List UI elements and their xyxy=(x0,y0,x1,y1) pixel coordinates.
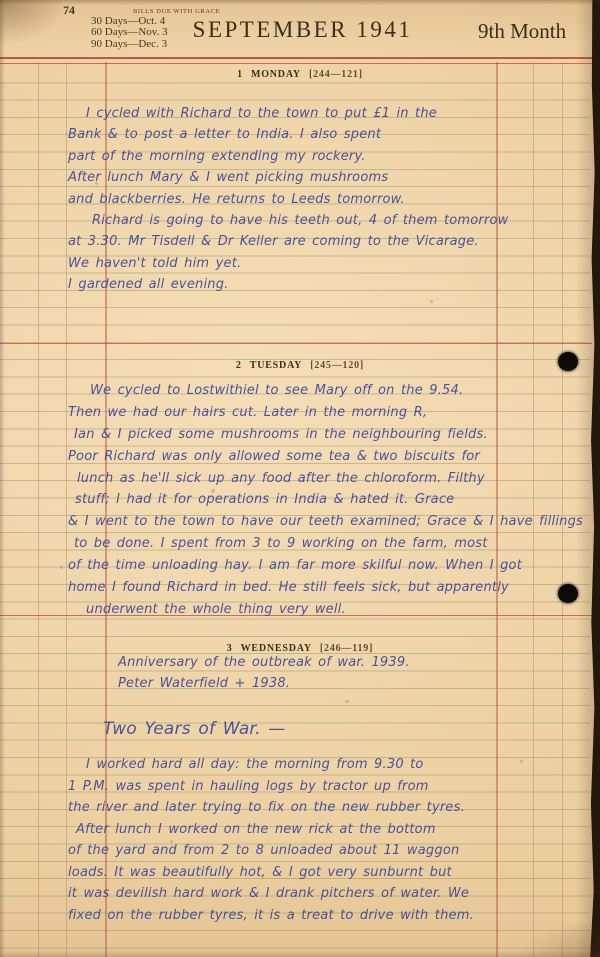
handwriting-line: of the time unloading hay. I am far more… xyxy=(68,558,583,580)
handwriting-line: Poor Richard was only allowed some tea &… xyxy=(68,449,583,471)
punch-hole-top xyxy=(558,352,578,371)
handwriting-line: loads. It was beautifully hot, & I got v… xyxy=(68,865,474,887)
paper-speck xyxy=(170,840,173,843)
page-number: 74 xyxy=(63,3,75,18)
header-rule-bottom xyxy=(0,63,592,64)
handwriting-line: lunch as he'll sick up any food after th… xyxy=(77,471,583,493)
day-number: 3 xyxy=(227,643,233,654)
handwriting-line: We haven't told him yet. xyxy=(68,256,509,277)
handwriting-line: and blackberries. He returns to Leeds to… xyxy=(68,192,509,213)
handwriting-entry-wednesday: I worked hard all day: the morning from … xyxy=(68,757,474,929)
day-header-wednesday: 3WEDNESDAY[246—119] xyxy=(0,643,600,654)
handwriting-line: at 3.30. Mr Tisdell & Dr Keller are comi… xyxy=(68,234,509,255)
handwriting-line: fixed on the rubber tyres, it is a treat… xyxy=(68,908,474,930)
paper-speck xyxy=(60,566,63,569)
tuesday-divider-rule xyxy=(0,343,592,344)
paper-speck xyxy=(211,489,215,493)
day-header-tuesday: 2TUESDAY[245—120] xyxy=(0,360,600,371)
day-reference: [246—119] xyxy=(320,643,373,654)
handwriting-line: I gardened all evening. xyxy=(68,277,509,298)
handwriting-line: of the yard and from 2 to 8 unloaded abo… xyxy=(68,843,474,865)
paper-speck xyxy=(345,700,349,703)
cash-column-line-left-1 xyxy=(38,62,39,957)
handwriting-line: We cycled to Lostwithiel to see Mary off… xyxy=(90,383,583,405)
handwriting-line: the river and later trying to fix on the… xyxy=(68,800,474,822)
punch-hole-bottom xyxy=(558,584,578,603)
handwriting-line: home I found Richard in bed. He still fe… xyxy=(68,580,583,602)
paper-speck xyxy=(520,760,523,763)
day-name: TUESDAY xyxy=(250,360,302,371)
scan-edge-right xyxy=(586,0,600,957)
month-title: SEPTEMBER 1941 xyxy=(150,17,455,43)
diary-page-scan: 74 BILLS DUE WITH GRACE 30 Days—Oct. 4 6… xyxy=(0,0,600,957)
paper-speck xyxy=(95,182,98,185)
day-reference: [244—121] xyxy=(309,69,363,80)
day-name: WEDNESDAY xyxy=(241,643,312,654)
handwriting-line: I worked hard all day: the morning from … xyxy=(86,757,474,779)
handwriting-line: & I went to the town to have our teeth e… xyxy=(68,514,583,536)
month-ordinal: 9th Month xyxy=(478,19,590,44)
handwriting-line: Then we had our hairs cut. Later in the … xyxy=(68,405,583,427)
handwriting-wednesday-notes: Anniversary of the outbreak of war. 1939… xyxy=(118,655,410,697)
handwriting-line: it was devilish hard work & I drank pitc… xyxy=(68,886,474,908)
day-header-monday: 1MONDAY[244—121] xyxy=(0,69,600,80)
day-reference: [245—120] xyxy=(310,360,364,371)
bills-due-note: BILLS DUE WITH GRACE xyxy=(133,8,220,15)
handwriting-line: Ian & I picked some mushrooms in the nei… xyxy=(74,427,583,449)
day-name: MONDAY xyxy=(251,69,301,80)
handwriting-entry-tuesday: We cycled to Lostwithiel to see Mary off… xyxy=(68,383,583,624)
diary-note-line: Peter Waterfield + 1938. xyxy=(118,676,410,697)
cash-column-line-left-2 xyxy=(66,62,67,957)
handwriting-line: stuff; I had it for operations in India … xyxy=(75,492,583,514)
handwriting-line: Richard is going to have his teeth out, … xyxy=(92,213,509,234)
war-anniversary-heading: Two Years of War. — xyxy=(103,719,285,739)
handwriting-line: to be done. I spent from 3 to 9 working … xyxy=(74,536,583,558)
handwriting-line: underwent the whole thing very well. xyxy=(86,602,583,624)
paper-speck xyxy=(430,300,433,303)
diary-note-line: Anniversary of the outbreak of war. 1939… xyxy=(118,655,410,676)
handwriting-line: part of the morning extending my rockery… xyxy=(68,149,509,170)
handwriting-line: After lunch I worked on the new rick at … xyxy=(76,822,474,844)
handwriting-line: Bank & to post a letter to India. I also… xyxy=(68,127,509,148)
day-number: 2 xyxy=(236,360,242,371)
day-number: 1 xyxy=(237,69,243,80)
handwriting-entry-monday: I cycled with Richard to the town to put… xyxy=(68,106,509,299)
handwriting-line: I cycled with Richard to the town to put… xyxy=(86,106,509,127)
header-rule-top xyxy=(0,57,592,59)
handwriting-line: After lunch Mary & I went picking mushro… xyxy=(68,170,509,191)
handwriting-line: 1 P.M. was spent in hauling logs by trac… xyxy=(68,779,474,801)
